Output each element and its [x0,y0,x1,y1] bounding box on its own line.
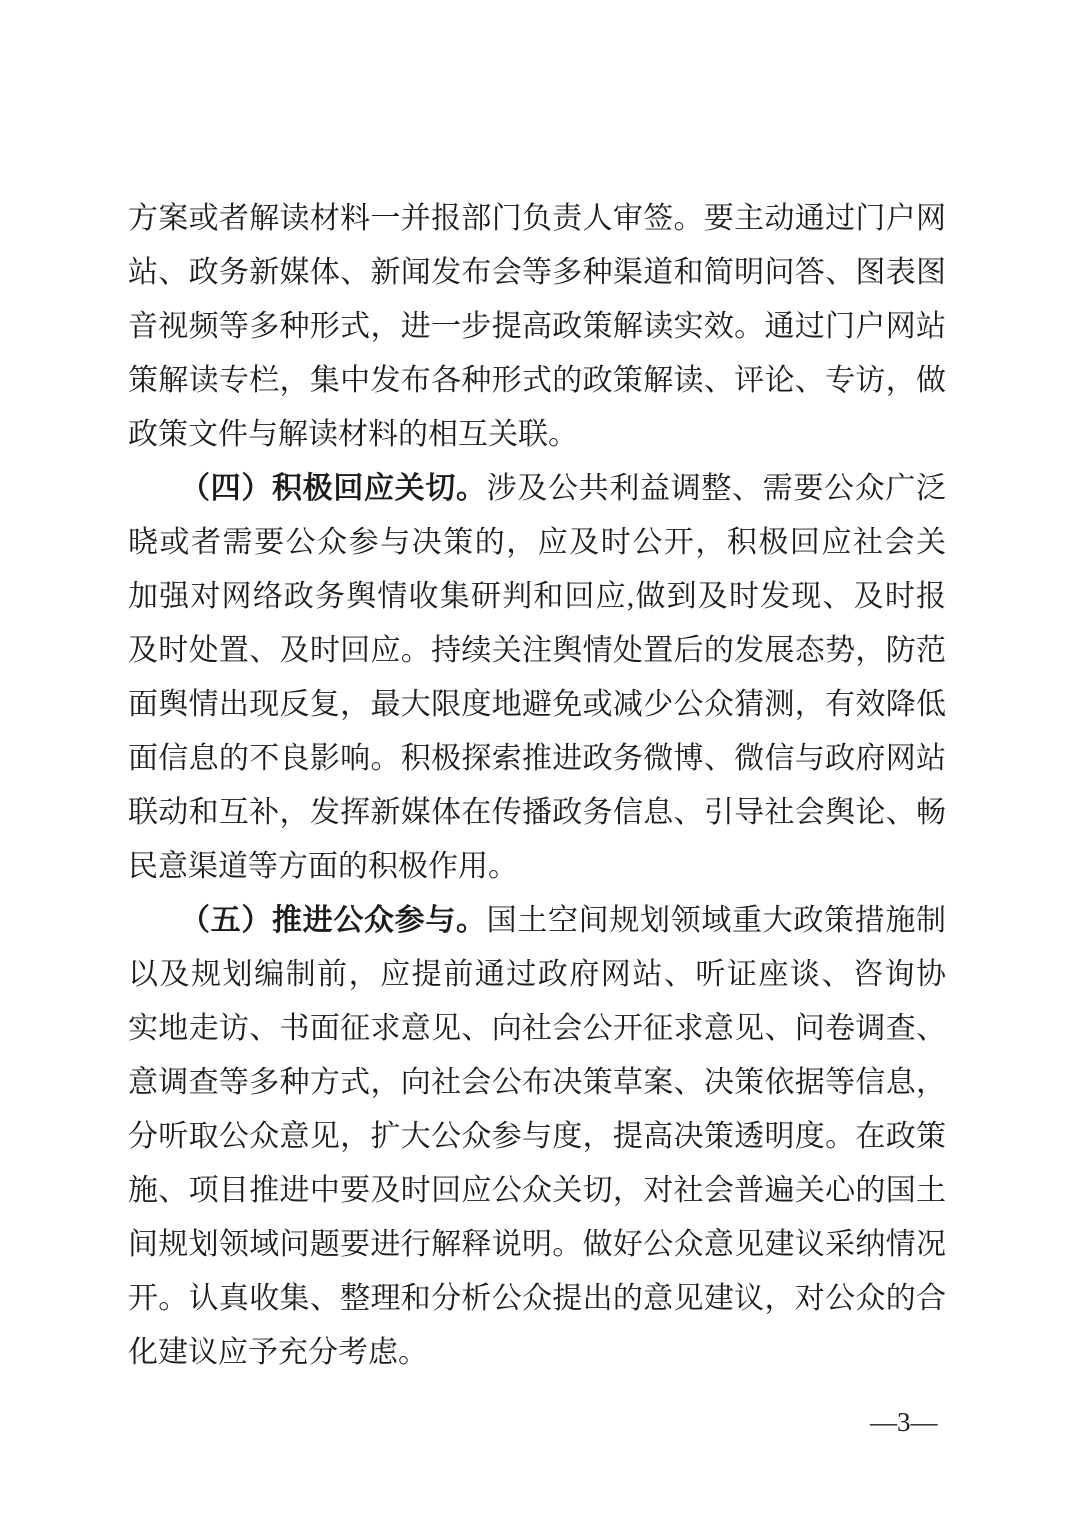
section-5-heading: （五）推进公众参与。 [180,904,487,937]
line-text: 晓或者需要公众参与决策的，应及时公开，积极回应社会关切。 [128,526,946,570]
text-line: 开。认真收集、整理和分析公众提出的意见建议，对公众的合理 [128,1272,946,1326]
text-line: 加强对网络政务舆情收集研判和回应,做到及时发现、及时报告、 [128,570,946,624]
document-page: 方案或者解读材料一并报部门负责人审签。要主动通过门户网 站、政务新媒体、新闻发布… [0,0,1074,1520]
line-text: 站、政务新媒体、新闻发布会等多种渠道和简明问答、图表图解、 [128,256,946,300]
text-line: 化建议应予充分考虑。 [128,1326,946,1380]
text-line: 意调查等多种方式，向社会公布决策草案、决策依据等信息，充 [128,1056,946,1110]
text-line: 晓或者需要公众参与决策的，应及时公开，积极回应社会关切。 [128,516,946,570]
text-line: 联动和互补，发挥新媒体在传播政务信息、引导社会舆论、畅通 [128,786,946,840]
section-4-heading: （四）积极回应关切。 [180,472,487,505]
text-line: 音视频等多种形式，进一步提高政策解读实效。通过门户网站政 [128,300,946,354]
text-line: 面舆情出现反复，最大限度地避免或减少公众猜测，有效降低负 [128,678,946,732]
line-text: 实地走访、书面征求意见、向社会公开征求意见、问卷调查、民 [128,1012,946,1056]
line-text: 加强对网络政务舆情收集研判和回应,做到及时发现、及时报告、 [128,580,946,624]
line-text: 分听取公众意见，扩大公众参与度，提高决策透明度。在政策实 [128,1120,946,1164]
text-line: 以及规划编制前，应提前通过政府网站、听证座谈、咨询协商、 [128,948,946,1002]
text-line: 面信息的不良影响。积极探索推进政务微博、微信与政府网站的 [128,732,946,786]
line-text: 间规划领域问题要进行解释说明。做好公众意见建议采纳情况公 [128,1228,946,1272]
line-text: 方案或者解读材料一并报部门负责人审签。要主动通过门户网 [128,202,946,235]
text-line: 策解读专栏，集中发布各种形式的政策解读、评论、专访，做好 [128,354,946,408]
text-line: 站、政务新媒体、新闻发布会等多种渠道和简明问答、图表图解、 [128,246,946,300]
text-line-section-5: （五）推进公众参与。国土空间规划领域重大政策措施制定 [128,894,946,948]
text-line: 政策文件与解读材料的相互关联。 [128,408,946,462]
text-line: 施、项目推进中要及时回应公众关切，对社会普遍关心的国土空 [128,1164,946,1218]
line-text: 策解读专栏，集中发布各种形式的政策解读、评论、专访，做好 [128,364,946,408]
text-line-section-4: （四）积极回应关切。涉及公共利益调整、需要公众广泛知 [128,462,946,516]
page-number: —3— [870,1406,950,1438]
text-line: 方案或者解读材料一并报部门负责人审签。要主动通过门户网 [128,192,946,246]
document-body: 方案或者解读材料一并报部门负责人审签。要主动通过门户网 站、政务新媒体、新闻发布… [128,192,946,1380]
line-text: 政策文件与解读材料的相互关联。 [128,418,578,451]
line-text: 以及规划编制前，应提前通过政府网站、听证座谈、咨询协商、 [128,958,946,1002]
line-text: 意调查等多种方式，向社会公布决策草案、决策依据等信息，充 [128,1066,946,1110]
line-text: 面信息的不良影响。积极探索推进政务微博、微信与政府网站的 [128,742,946,786]
text-line: 及时处置、及时回应。持续关注舆情处置后的发展态势，防范负 [128,624,946,678]
line-text: 音视频等多种形式，进一步提高政策解读实效。通过门户网站政 [128,310,946,354]
line-text: 及时处置、及时回应。持续关注舆情处置后的发展态势，防范负 [128,634,946,678]
line-text: 民意渠道等方面的积极作用。 [128,850,518,883]
text-line: 民意渠道等方面的积极作用。 [128,840,946,894]
line-text: 开。认真收集、整理和分析公众提出的意见建议，对公众的合理 [128,1282,946,1326]
text-line: 间规划领域问题要进行解释说明。做好公众意见建议采纳情况公 [128,1218,946,1272]
line-text: 联动和互补，发挥新媒体在传播政务信息、引导社会舆论、畅通 [128,796,946,840]
line-text: 施、项目推进中要及时回应公众关切，对社会普遍关心的国土空 [128,1174,946,1218]
line-text: 面舆情出现反复，最大限度地避免或减少公众猜测，有效降低负 [128,688,946,732]
text-line: 分听取公众意见，扩大公众参与度，提高决策透明度。在政策实 [128,1110,946,1164]
line-text: 化建议应予充分考虑。 [128,1336,428,1369]
text-line: 实地走访、书面征求意见、向社会公开征求意见、问卷调查、民 [128,1002,946,1056]
